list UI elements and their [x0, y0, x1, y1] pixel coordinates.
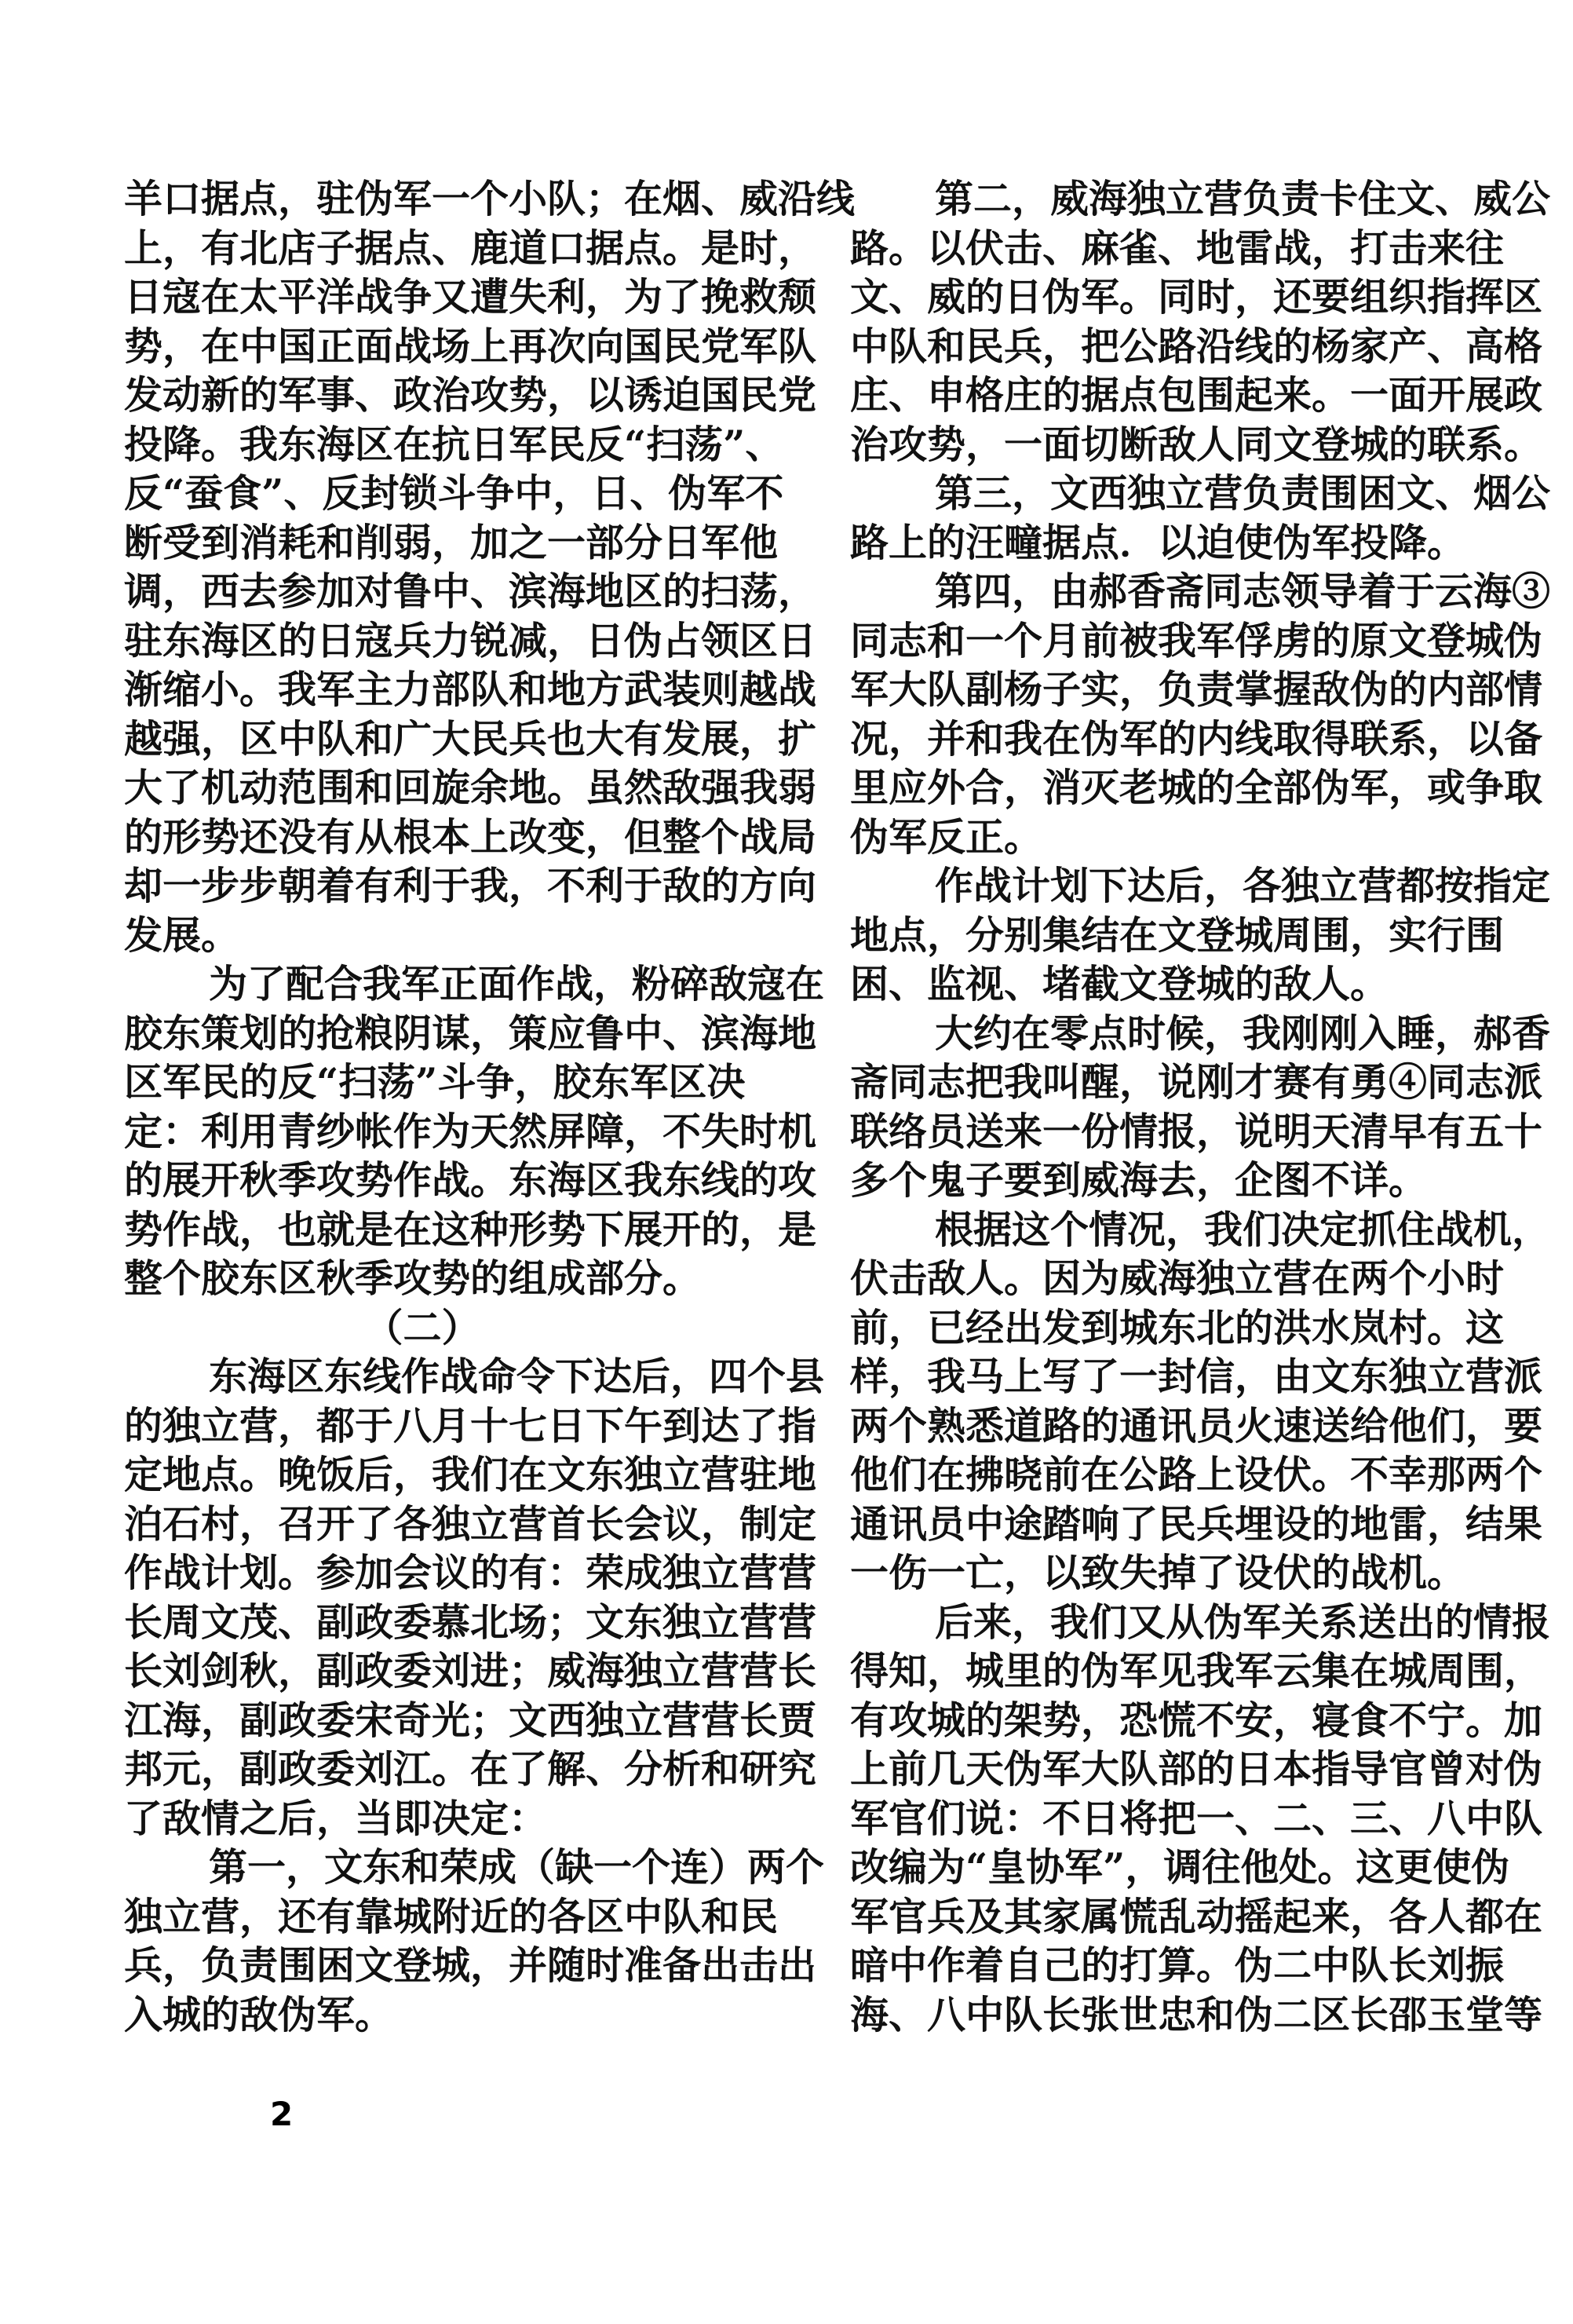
text-line: 有攻城的架势，恐慌不安，寝食不宁。加: [850, 1696, 1447, 1745]
text-line: 大约在零点时候，我刚刚入睡，郝香: [850, 1009, 1447, 1058]
text-line: 第一，文东和荣成（缺一个连）两个: [124, 1843, 721, 1892]
text-line: 泊石村，召开了各独立营首长会议，制定: [124, 1500, 721, 1549]
text-line: 况，并和我在伪军的内线取得联系，以备: [850, 714, 1447, 764]
text-line: 长周文茂、副政委慕北场；文东独立营营: [124, 1598, 721, 1647]
text-line: 联络员送来一份情报，说明天清早有五十: [850, 1107, 1447, 1157]
text-line: 羊口据点，驻伪军一个小队；在烟、威沿线: [124, 174, 721, 224]
text-line: 伪军反正。: [850, 813, 1447, 862]
text-line: 胶东策划的抢粮阴谋，策应鲁中、滨海地: [124, 1009, 721, 1058]
text-line: 势，在中国正面战场上再次向国民党军队: [124, 322, 721, 371]
text-line: 反“蚕食”、反封锁斗争中，日、伪军不: [124, 469, 721, 518]
text-line: 势作战，也就是在这种形势下展开的，是: [124, 1205, 721, 1255]
text-line: 里应外合，消灭老城的全部伪军，或争取: [850, 763, 1447, 813]
text-line: 独立营，还有靠城附近的各区中队和民: [124, 1892, 721, 1942]
text-line: 第三，文西独立营负责围困文、烟公: [850, 469, 1447, 518]
text-line: 前，已经出发到城东北的洪水岚村。这: [850, 1303, 1447, 1353]
text-line: 地点，分别集结在文登城周围，实行围: [850, 911, 1447, 960]
text-line: 暗中作着自己的打算。伪二中队长刘振: [850, 1941, 1447, 1990]
text-line: 第二，威海独立营负责卡住文、威公: [850, 174, 1447, 224]
text-line: 样，我马上写了一封信，由文东独立营派: [850, 1352, 1447, 1401]
text-line: 军官们说：不日将把一、二、三、八中队: [850, 1794, 1447, 1843]
page-number: 2: [270, 2095, 293, 2133]
text-line: 中队和民兵，把公路沿线的杨家产、高格: [850, 322, 1447, 371]
text-line: 发展。: [124, 911, 721, 960]
text-line: 治攻势，一面切断敌人同文登城的联系。: [850, 420, 1447, 470]
text-line: 作战计划。参加会议的有：荣成独立营营: [124, 1548, 721, 1598]
text-line: 斋同志把我叫醒，说刚才赛有勇④同志派: [850, 1058, 1447, 1107]
text-line: 了敌情之后，当即决定：: [124, 1794, 721, 1843]
text-line: 庄、申格庄的据点包围起来。一面开展政: [850, 371, 1447, 420]
text-line: 长刘剑秋，副政委刘进；威海独立营营长: [124, 1646, 721, 1696]
text-line: 作战计划下达后，各独立营都按指定: [850, 861, 1447, 911]
text-line: 调，西去参加对鲁中、滨海地区的扫荡，: [124, 567, 721, 616]
text-line: 路。以伏击、麻雀、地雷战，打击来往: [850, 224, 1447, 273]
section-heading: （二）: [124, 1303, 721, 1353]
text-line: 的展开秋季攻势作战。东海区我东线的攻: [124, 1156, 721, 1205]
text-line: 上前几天伪军大队部的日本指导官曾对伪: [850, 1745, 1447, 1794]
left-text-column: 羊口据点，驻伪军一个小队；在烟、威沿线上，有北店子据点、鹿道口据点。是时，日寇在…: [124, 174, 721, 2039]
text-line: 一伤一亡，以致失掉了设伏的战机。: [850, 1548, 1447, 1598]
text-line: 为了配合我军正面作战，粉碎敌寇在: [124, 959, 721, 1009]
text-line: 入城的敌伪军。: [124, 1990, 721, 2040]
book-page: 羊口据点，驻伪军一个小队；在烟、威沿线上，有北店子据点、鹿道口据点。是时，日寇在…: [0, 0, 1573, 2324]
text-line: 越强，区中队和广大民兵也大有发展，扩: [124, 714, 721, 764]
right-text-column: 第二，威海独立营负责卡住文、威公路。以伏击、麻雀、地雷战，打击来往文、威的日伪军…: [850, 174, 1447, 2039]
text-line: 定地点。晚饭后，我们在文东独立营驻地: [124, 1450, 721, 1500]
text-line: 却一步步朝着有利于我，不利于敌的方向: [124, 861, 721, 911]
text-line: 区军民的反“扫荡”斗争，胶东军区决: [124, 1058, 721, 1107]
text-line: 日寇在太平洋战争又遭失利，为了挽救颓: [124, 272, 721, 322]
text-line: 发动新的军事、政治攻势，以诱迫国民党: [124, 371, 721, 420]
text-line: 投降。我东海区在抗日军民反“扫荡”、: [124, 420, 721, 470]
text-line: 驻东海区的日寇兵力锐减，日伪占领区日: [124, 616, 721, 666]
text-line: 军官兵及其家属慌乱动摇起来，各人都在: [850, 1892, 1447, 1942]
text-line: 兵，负责围困文登城，并随时准备出击出: [124, 1941, 721, 1990]
text-line: 军大队副杨子实，负责掌握敌伪的内部情: [850, 665, 1447, 714]
text-line: 的独立营，都于八月十七日下午到达了指: [124, 1401, 721, 1451]
text-line: 邦元，副政委刘江。在了解、分析和研究: [124, 1745, 721, 1794]
text-line: 通讯员中途踏响了民兵埋设的地雷，结果: [850, 1500, 1447, 1549]
text-line: 文、威的日伪军。同时，还要组织指挥区: [850, 272, 1447, 322]
text-line: 断受到消耗和削弱，加之一部分日军他: [124, 518, 721, 568]
text-line: 江海，副政委宋奇光；文西独立营营长贾: [124, 1696, 721, 1745]
text-line: 得知，城里的伪军见我军云集在城周围，: [850, 1646, 1447, 1696]
text-line: 东海区东线作战命令下达后，四个县: [124, 1352, 721, 1401]
text-line: 整个胶东区秋季攻势的组成部分。: [124, 1254, 721, 1303]
text-line: 伏击敌人。因为威海独立营在两个小时: [850, 1254, 1447, 1303]
text-line: 多个鬼子要到威海去，企图不详。: [850, 1156, 1447, 1205]
text-line: 改编为“皇协军”，调往他处。这更使伪: [850, 1843, 1447, 1892]
text-line: 两个熟悉道路的通讯员火速送给他们，要: [850, 1401, 1447, 1451]
text-line: 根据这个情况，我们决定抓住战机，: [850, 1205, 1447, 1255]
text-line: 同志和一个月前被我军俘虏的原文登城伪: [850, 616, 1447, 666]
text-line: 渐缩小。我军主力部队和地方武装则越战: [124, 665, 721, 714]
text-line: 第四，由郝香斋同志领导着于云海③: [850, 567, 1447, 616]
text-line: 他们在拂晓前在公路上设伏。不幸那两个: [850, 1450, 1447, 1500]
text-line: 后来，我们又从伪军关系送出的情报: [850, 1598, 1447, 1647]
text-line: 的形势还没有从根本上改变，但整个战局: [124, 813, 721, 862]
text-line: 大了机动范围和回旋余地。虽然敌强我弱: [124, 763, 721, 813]
text-line: 困、监视、堵截文登城的敌人。: [850, 959, 1447, 1009]
text-line: 路上的汪疃据点．以迫使伪军投降。: [850, 518, 1447, 568]
text-line: 海、八中队长张世忠和伪二区长邵玉堂等: [850, 1990, 1447, 2040]
text-line: 上，有北店子据点、鹿道口据点。是时，: [124, 224, 721, 273]
text-line: 定：利用青纱帐作为天然屏障，不失时机: [124, 1107, 721, 1157]
